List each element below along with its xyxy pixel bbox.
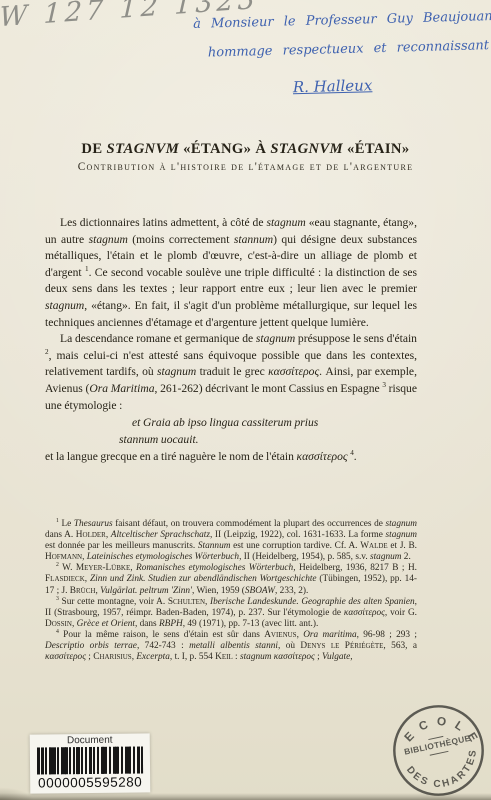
- barcode-title: Document: [30, 733, 150, 746]
- article-subtitle: Contribution à l'histoire de l'étamage e…: [0, 161, 491, 173]
- stamp-divider-bottom: [430, 751, 449, 755]
- scan-bottom-edge: [0, 793, 491, 800]
- barcode-bars-icon: [37, 746, 143, 774]
- article-body: Les dictionnaires latins admettent, à cô…: [45, 215, 417, 466]
- body-paragraph-2: La descendance romane et germanique de s…: [45, 331, 417, 414]
- latin-quote-line-2: stannum uocauit.: [119, 432, 417, 449]
- latin-quote-line-1: et Graia ab ipso lingua cassiterum prius: [119, 415, 417, 432]
- library-stamp-icon: ECOLE DES CHARTES BIBLIOTHÈQUE: [382, 694, 491, 800]
- footnote-3: 3 Sur cette montagne, voir A. Schulten, …: [45, 597, 417, 630]
- footnote-4: 4 Pour la même raison, le sens d'étain e…: [45, 630, 417, 663]
- body-after-quote: et la langue grecque en a tiré naguère l…: [45, 449, 417, 466]
- dedication-signature: R. Halleux: [293, 76, 373, 96]
- footnote-1: 1 Le Thesaurus faisant défaut, on trouve…: [45, 519, 417, 563]
- article-title: DE STAGNVM «ÉTANG» À STAGNVM «ÉTAIN»: [0, 141, 491, 158]
- dedication-handwriting: à Monsieur le Professeur Guy Beaujouan, …: [193, 9, 491, 99]
- footnotes-block: 1 Le Thesaurus faisant défaut, on trouve…: [45, 519, 417, 663]
- scanned-page: W 127 12 1323 à Monsieur le Professeur G…: [0, 0, 491, 800]
- footnote-2: 2 W. Meyer-Lübke, Romanisches etymologis…: [45, 563, 417, 596]
- body-paragraph-1: Les dictionnaires latins admettent, à cô…: [45, 215, 417, 331]
- latin-quote: et Graia ab ipso lingua cassiterum prius…: [119, 415, 417, 448]
